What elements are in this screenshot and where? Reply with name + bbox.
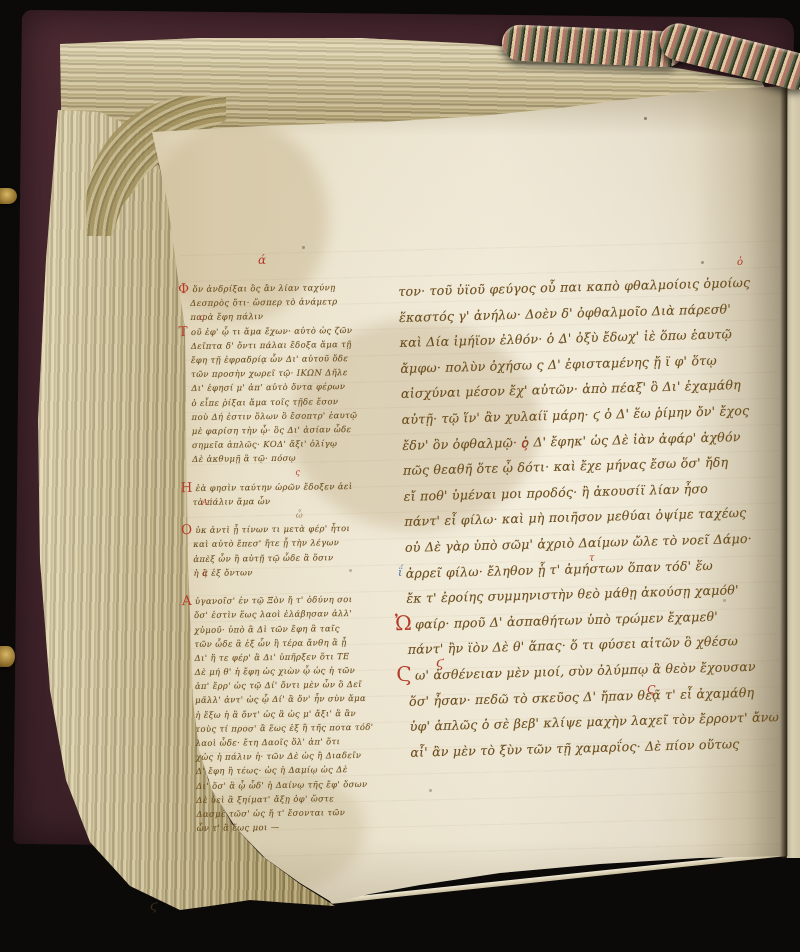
rubric-initial: Ϛ xyxy=(396,662,412,686)
rubric-marginal-mark: ϛ xyxy=(436,656,444,670)
clasp-pin-icon xyxy=(0,646,15,667)
rubric-marginal-mark: Ϛ xyxy=(647,684,655,695)
rubric-initial: Ο xyxy=(181,523,193,538)
line-text: ὧν τ' ἃ ἕως μοι — xyxy=(197,820,280,835)
rubric-initial: Α xyxy=(182,594,192,609)
clasp-pin-icon xyxy=(0,188,17,204)
rubric-mark: ϛ xyxy=(199,310,204,324)
photo-background: Φὅν ἀνδρίξαι ὃς ἂν λίαν ταχύνῃΔεσπρὸς ὅτ… xyxy=(0,0,800,952)
rubric-initial: Η xyxy=(180,481,192,496)
rubric-marginal-mark: ς xyxy=(521,438,528,451)
scribal-mark: ὦ xyxy=(296,508,303,522)
text-column-left: Φὅν ἀνδρίξαι ὃς ἂν λίαν ταχύνῃΔεσπρὸς ὅτ… xyxy=(190,279,403,835)
rubric-initial: Τ xyxy=(179,325,189,340)
text-column-right: τον· τοῦ ὑϊοῦ φεύγος οὗ παι καπὸ φθαλμοί… xyxy=(398,269,791,765)
rubric-mark: ς xyxy=(295,465,300,479)
rubric-marginal-mark: ὁ xyxy=(737,258,743,268)
rubric-marginal-mark: ά xyxy=(258,254,266,266)
rubric-initial: Ὠ xyxy=(395,610,413,634)
rubric-marginal-mark: ϛ xyxy=(150,900,157,913)
rubric-mark: ϛ xyxy=(202,566,207,580)
rubric-marginal-mark: τ xyxy=(589,554,595,564)
rubric-marginal-mark: ΐ xyxy=(398,567,402,578)
rubric-mark: Α΄ xyxy=(202,495,213,509)
rubric-initial: Φ xyxy=(178,282,190,297)
text-line: ὧν τ' ἃ ἕως μοι — xyxy=(197,819,403,836)
dust-specks xyxy=(0,0,1,1)
line-text: Δὲ ἀκθυμῇ ἃ τῷ· πόσῳ xyxy=(192,451,296,466)
